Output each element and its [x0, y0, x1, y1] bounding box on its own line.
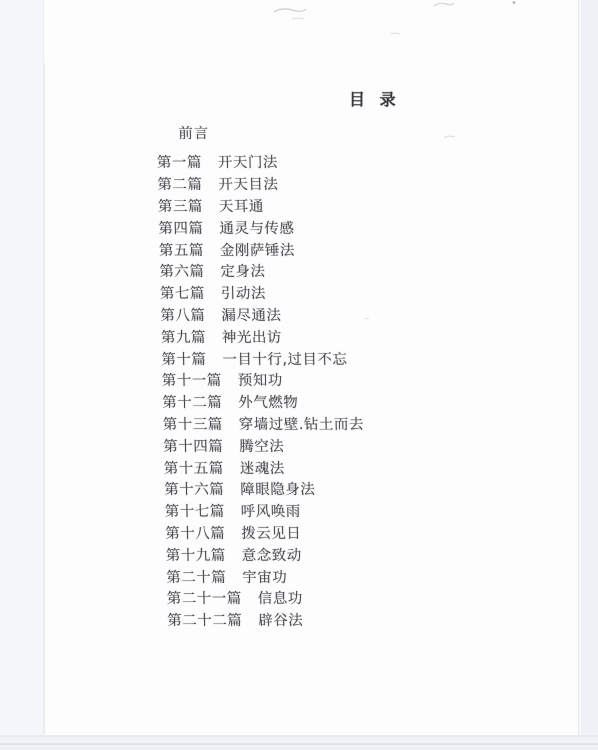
chapter-number: 第十四篇	[163, 435, 223, 456]
pencil-mark	[272, 4, 312, 26]
scanned-book-page: 目 录 前言 第一篇开天门法第二篇开天目法第三篇天耳通第四篇通灵与传感第五篇金刚…	[0, 0, 598, 750]
toc-entry: 第十一篇预知功	[162, 369, 566, 391]
toc-entry: 第二十篇宇宙功	[166, 565, 570, 587]
chapter-title: 腾空法	[239, 435, 284, 456]
toc-entry: 第九篇神光出访	[161, 325, 565, 347]
chapter-number: 第十六篇	[164, 478, 224, 499]
chapter-number: 第九篇	[161, 326, 206, 347]
toc-entry: 第十四篇腾空法	[163, 434, 567, 456]
chapter-title: 宇宙功	[242, 566, 287, 587]
toc-entry: 第十二篇外气燃物	[162, 391, 566, 413]
chapter-number: 第二十篇	[166, 566, 226, 587]
chapter-title: 障眼隐身法	[240, 478, 315, 499]
toc-body: 前言 第一篇开天门法第二篇开天目法第三篇天耳通第四篇通灵与传感第五篇金刚萨锤法第…	[0, 124, 571, 631]
chapter-title: 意念致动	[242, 544, 302, 565]
chapter-title: 外气燃物	[238, 391, 298, 412]
scan-speck	[511, 0, 519, 8]
toc-entry: 第四篇通灵与传感	[158, 216, 562, 238]
toc-entry: 第三篇天耳通	[158, 195, 562, 217]
chapter-number: 第十二篇	[162, 391, 222, 412]
toc-entry: 第五篇金刚萨锤法	[159, 238, 563, 260]
chapter-number: 第七篇	[160, 282, 205, 303]
toc-list: 第一篇开天门法第二篇开天目法第三篇天耳通第四篇通灵与传感第五篇金刚萨锤法第六篇定…	[1, 151, 572, 631]
chapter-number: 第十七篇	[165, 500, 225, 521]
chapter-number: 第五篇	[159, 239, 204, 260]
chapter-title: 通灵与传感	[219, 217, 294, 238]
toc-entry: 第十八篇拨云见日	[165, 522, 569, 544]
chapter-number: 第一篇	[157, 151, 202, 172]
toc-entry: 第十九篇意念致动	[166, 543, 570, 565]
chapter-number: 第二篇	[157, 173, 202, 194]
toc-entry: 第十五篇迷魂法	[164, 456, 568, 478]
chapter-title: 金刚萨锤法	[220, 239, 295, 260]
chapter-title: 开天门法	[218, 151, 278, 172]
toc-entry: 第二十二篇辟谷法	[167, 609, 571, 631]
chapter-title: 开天目法	[218, 173, 278, 194]
chapter-title: 辟谷法	[258, 609, 303, 630]
chapter-number: 第十五篇	[164, 457, 224, 478]
toc-entry: 第二十一篇信息功	[167, 587, 571, 609]
chapter-number: 第十一篇	[162, 369, 222, 390]
chapter-number: 第十八篇	[165, 522, 225, 543]
scan-speck	[390, 30, 402, 38]
toc-heading: 目 录	[349, 87, 399, 110]
chapter-number: 第六篇	[159, 260, 204, 281]
chapter-title: 预知功	[238, 369, 283, 390]
page-bottom-edge-line	[0, 743, 598, 745]
chapter-title: 引动法	[221, 282, 266, 303]
chapter-title: 漏尽通法	[221, 304, 281, 325]
chapter-number: 第十三篇	[163, 413, 223, 434]
chapter-title: 呼风唤雨	[241, 500, 301, 521]
toc-entry: 第十七篇呼风唤雨	[165, 500, 569, 522]
toc-entry: 第二篇开天目法	[157, 173, 561, 195]
chapter-number: 第十篇	[161, 348, 206, 369]
toc-entry: 第七篇引动法	[160, 282, 564, 304]
chapter-title: 信息功	[258, 587, 303, 608]
toc-entry: 第一篇开天门法	[157, 151, 561, 173]
chapter-number: 第十九篇	[166, 544, 226, 565]
page-right-edge-line	[578, 0, 580, 750]
scan-right-margin	[581, 0, 598, 750]
chapter-number: 第二十二篇	[167, 609, 242, 630]
chapter-title: 天耳通	[219, 195, 264, 216]
toc-entry: 第十篇一目十行,过目不忘	[161, 347, 565, 369]
chapter-title: 一目十行,过目不忘	[222, 348, 348, 369]
toc-entry: 第八篇漏尽通法	[160, 304, 564, 326]
toc-entry: 第六篇定身法	[159, 260, 563, 282]
chapter-title: 定身法	[220, 260, 265, 281]
scan-bottom-margin	[0, 735, 598, 750]
page-bottom-edge-line	[0, 735, 598, 737]
toc-preface: 前言	[178, 124, 561, 148]
toc-entry: 第十三篇穿墙过壁.钻土而去	[163, 413, 567, 435]
chapter-number: 第三篇	[158, 195, 203, 216]
chapter-title: 穿墙过壁.钻土而去	[239, 413, 365, 434]
chapter-number: 第二十一篇	[167, 587, 242, 608]
chapter-title: 拨云见日	[241, 522, 301, 543]
chapter-number: 第八篇	[160, 304, 205, 325]
pencil-mark	[432, 0, 456, 12]
chapter-title: 迷魂法	[240, 457, 285, 478]
chapter-number: 第四篇	[158, 217, 203, 238]
toc-entry: 第十六篇障眼隐身法	[164, 478, 568, 500]
chapter-title: 神光出访	[222, 326, 282, 347]
